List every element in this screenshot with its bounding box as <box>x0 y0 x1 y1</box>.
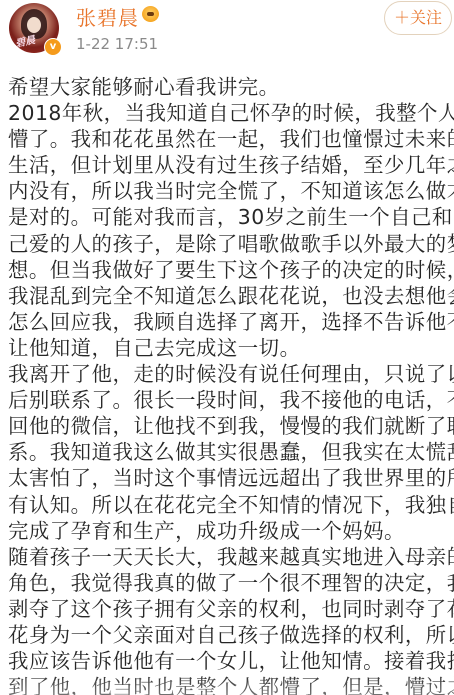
post-line: 太害怕了，当时这个事情远远超出了我世界里的所 <box>8 465 450 491</box>
post-line: 我离开了他，走的时候没有说任何理由，只说了以 <box>8 361 450 387</box>
post-line: 2018年秋，当我知道自己怀孕的时候，我整个人都 <box>8 100 450 126</box>
post-line: 怎么回应我，我顾自选择了离开，选择不告诉他不 <box>8 309 450 335</box>
follow-button[interactable]: ＋关注 <box>384 1 452 35</box>
author-name[interactable]: 张碧晨 <box>76 2 139 31</box>
bottom-fade <box>0 672 454 695</box>
post-line: 花身为一个父亲面对自己孩子做选择的权利，所以 <box>8 622 450 648</box>
post-body: 希望大家能够耐心看我讲完。 2018年秋，当我知道自己怀孕的时候，我整个人都 懵… <box>8 74 450 695</box>
post-line: 内没有，所以我当时完全慌了，不知道该怎么做才 <box>8 178 450 204</box>
crown-icon <box>142 6 159 22</box>
post-line: 想。但当我做好了要生下这个孩子的决定的时候， <box>8 257 450 283</box>
post-timestamp: 1-22 17:51 <box>76 35 158 53</box>
post-line: 让他知道，自己去完成这一切。 <box>8 335 450 361</box>
post-line: 完成了孕育和生产，成功升级成一个妈妈。 <box>8 518 450 544</box>
post-line: 懵了。我和花花虽然在一起，我们也憧憬过未来的 <box>8 126 450 152</box>
post-line: 我应该告诉他他有一个女儿，让他知情。接着我找 <box>8 648 450 674</box>
avatar-face <box>27 17 41 33</box>
post-line: 希望大家能够耐心看我讲完。 <box>8 74 450 100</box>
post-line: 剥夺了这个孩子拥有父亲的权利，也同时剥夺了花 <box>8 596 450 622</box>
post-line: 后别联系了。很长一段时间，我不接他的电话，不 <box>8 387 450 413</box>
post-line: 随着孩子一天天长大，我越来越真实地进入母亲的 <box>8 544 450 570</box>
post-line: 是对的。可能对我而言，30岁之前生一个自己和自 <box>8 204 450 230</box>
avatar-signature: 碧晨 <box>14 31 37 50</box>
post-line: 我混乱到完全不知道怎么跟花花说，也没去想他会 <box>8 283 450 309</box>
post-line: 生活，但计划里从没有过生孩子结婚，至少几年之 <box>8 152 450 178</box>
post-line: 角色，我觉得我真的做了一个很不理智的决定，我 <box>8 570 450 596</box>
verified-icon: v <box>44 38 62 56</box>
post-header: 碧晨 v 张碧晨 1-22 17:51 ＋关注 <box>0 0 454 62</box>
post-line: 系。我知道我这么做其实很愚蠢，但我实在太慌乱 <box>8 439 450 465</box>
post-line: 回他的微信，让他找不到我，慢慢的我们就断了联 <box>8 413 450 439</box>
post-line: 有认知。所以在花花完全不知情的情况下，我独自 <box>8 492 450 518</box>
post-line: 己爱的人的孩子，是除了唱歌做歌手以外最大的梦 <box>8 231 450 257</box>
